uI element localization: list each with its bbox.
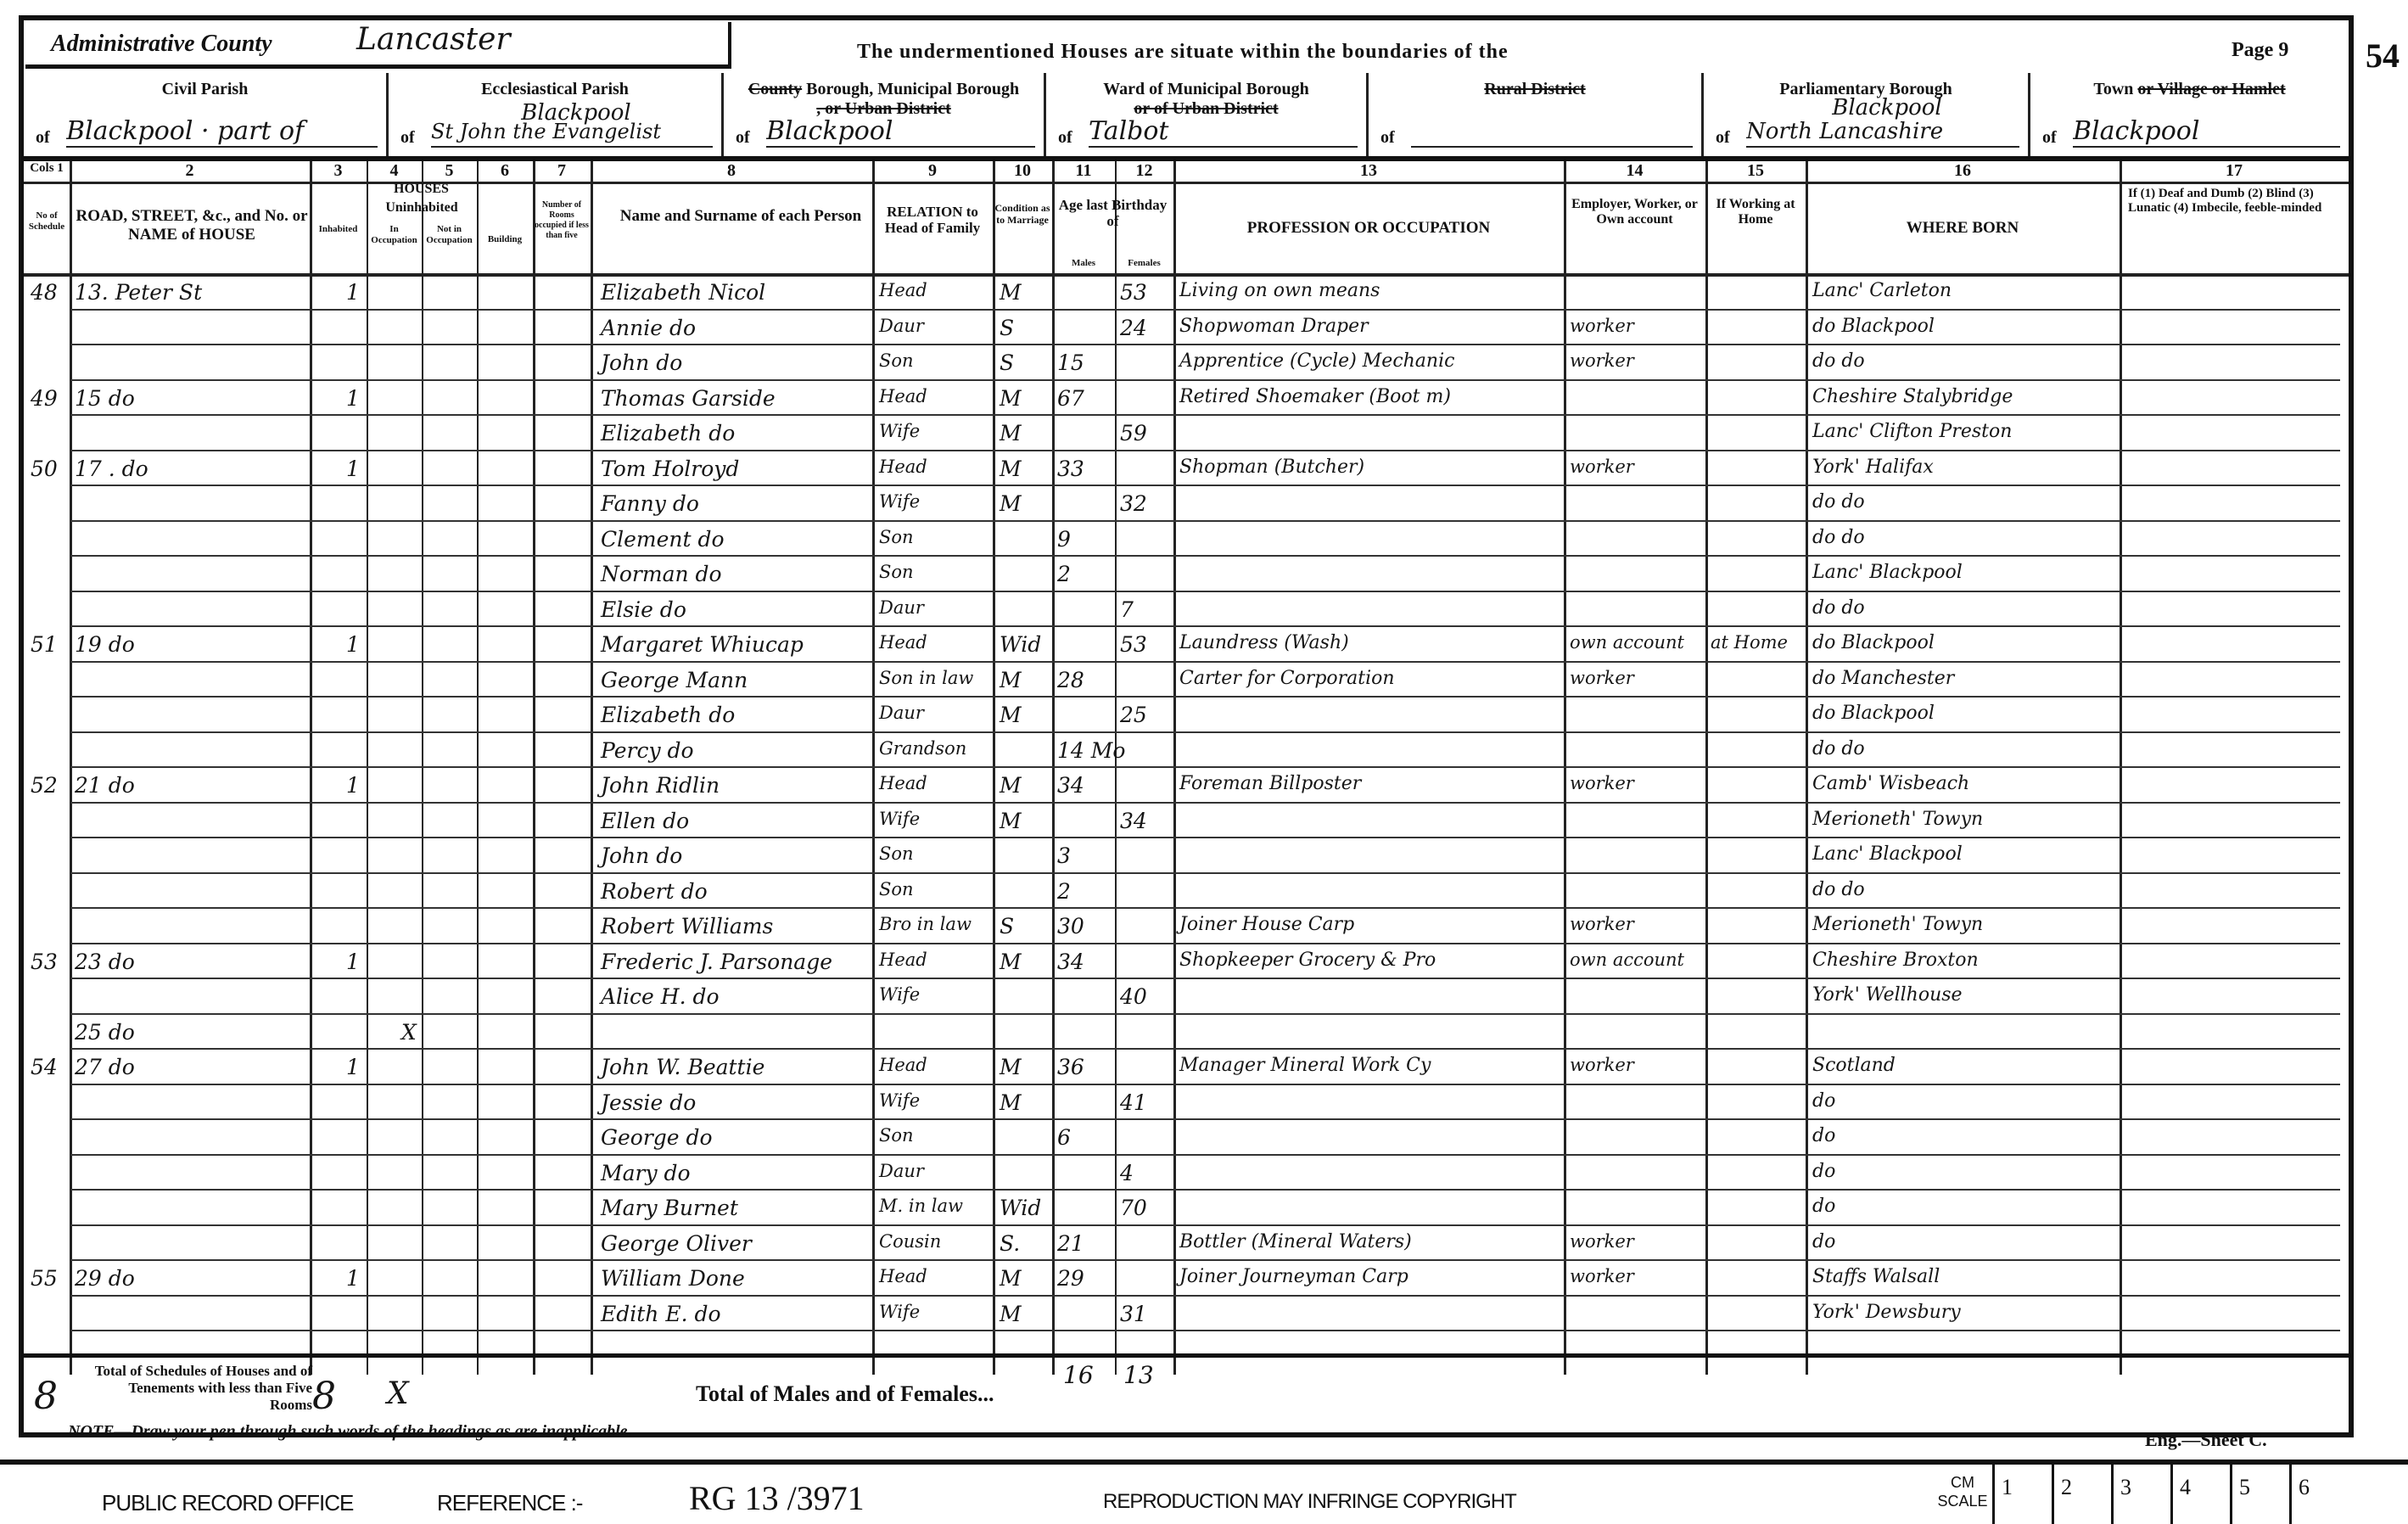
marital-condition: M bbox=[1000, 421, 1022, 445]
col-heading-condition: Condition as to Marriage bbox=[993, 202, 1052, 226]
of-label: of bbox=[1380, 128, 1395, 148]
person-name: Fanny do bbox=[601, 491, 699, 516]
relation: Head bbox=[879, 632, 927, 653]
male-age: 14 Mo bbox=[1057, 738, 1125, 763]
person-name: Alice H. do bbox=[601, 984, 720, 1009]
male-age: 30 bbox=[1057, 914, 1084, 938]
cm-scale-label: CM SCALE bbox=[1933, 1465, 1992, 1524]
address: 27 do bbox=[75, 1055, 135, 1079]
relation: Wife bbox=[879, 421, 920, 441]
census-entry-row: Alice H. doWife40York' Wellhouse bbox=[24, 979, 2349, 1015]
census-entry-row: Annie doDaurS24Shopwoman Draperworkerdo … bbox=[24, 311, 2349, 346]
address: 29 do bbox=[75, 1266, 135, 1291]
birthplace: do bbox=[1812, 1196, 1835, 1217]
occupation: Shopman (Butcher) bbox=[1179, 457, 1364, 478]
col-number: 6 bbox=[477, 161, 533, 181]
relation: Head bbox=[879, 386, 927, 406]
census-entry-row: 5221 do1John RidlinHeadM34Foreman Billpo… bbox=[24, 768, 2349, 804]
female-age: 70 bbox=[1120, 1196, 1147, 1220]
person-name: Robert Williams bbox=[601, 914, 773, 938]
scale-mark: 5 bbox=[2230, 1465, 2289, 1524]
ward-value: Talbot bbox=[1089, 117, 1358, 148]
person-name: Margaret Whiucap bbox=[601, 632, 804, 657]
ecclesiastical-parish-label: Ecclesiastical Parish bbox=[389, 80, 721, 99]
col-number: 13 bbox=[1173, 161, 1564, 181]
male-age: 28 bbox=[1057, 668, 1084, 692]
female-age: 4 bbox=[1120, 1161, 1134, 1185]
birthplace: do Blackpool bbox=[1812, 632, 1935, 653]
copyright-notice: REPRODUCTION MAY INFRINGE COPYRIGHT bbox=[1103, 1490, 1516, 1514]
marital-condition: Wid bbox=[1000, 632, 1041, 657]
birthplace: Lanc' Carleton bbox=[1812, 280, 1952, 301]
scale-mark: 3 bbox=[2111, 1465, 2170, 1524]
birthplace: Lanc' Blackpool bbox=[1812, 843, 1963, 865]
col-number: 10 bbox=[993, 161, 1052, 181]
marital-condition: M bbox=[1000, 457, 1022, 481]
male-age: 33 bbox=[1057, 457, 1084, 481]
employment-status: worker bbox=[1570, 457, 1634, 477]
borough-cell: County Borough, Municipal Borough, or Ur… bbox=[724, 73, 1046, 156]
marital-condition: M bbox=[1000, 950, 1022, 974]
of-label: of bbox=[736, 128, 750, 148]
birthplace: do bbox=[1812, 1161, 1835, 1182]
person-name: Percy do bbox=[601, 738, 694, 763]
census-entry-row: 5119 do1Margaret WhiucapHeadWid53Laundre… bbox=[24, 627, 2349, 663]
col-heading-address: ROAD, STREET, &c., and No. or NAME of HO… bbox=[73, 207, 311, 244]
census-entry-row: Elizabeth doDaurM25do Blackpool bbox=[24, 698, 2349, 733]
schedule-number: 50 bbox=[31, 457, 58, 481]
occupation: Shopkeeper Grocery & Pro bbox=[1179, 950, 1436, 971]
col-heading-infirmity: If (1) Deaf and Dumb (2) Blind (3) Lunat… bbox=[2128, 187, 2340, 216]
address: 19 do bbox=[75, 632, 135, 657]
marital-condition: M bbox=[1000, 1302, 1022, 1326]
col-number: 17 bbox=[2120, 161, 2349, 181]
birthplace: do bbox=[1812, 1231, 1835, 1252]
admin-county-value: Lancaster bbox=[356, 22, 511, 57]
census-entry-row: 5323 do1Frederic J. ParsonageHeadM34Shop… bbox=[24, 944, 2349, 980]
relation: Wife bbox=[879, 984, 920, 1005]
col-heading-building: Building bbox=[477, 233, 533, 247]
birthplace: do do bbox=[1812, 350, 1865, 372]
birthplace: Cheshire Broxton bbox=[1812, 950, 1979, 971]
of-label: of bbox=[400, 128, 415, 148]
col-heading-relation: RELATION to Head of Family bbox=[872, 204, 993, 236]
female-age: 31 bbox=[1120, 1302, 1147, 1326]
census-entry-row: John doSonS15Apprentice (Cycle) Mechanic… bbox=[24, 345, 2349, 381]
relation: Bro in law bbox=[879, 914, 972, 934]
relation: Head bbox=[879, 457, 927, 477]
marital-condition: M bbox=[1000, 809, 1022, 833]
relation: Daur bbox=[879, 597, 924, 618]
male-age: 34 bbox=[1057, 773, 1084, 798]
uninhabited-mark: X bbox=[401, 1020, 417, 1045]
cm-scale: CM SCALE 1 2 3 4 5 6 bbox=[1933, 1465, 2349, 1524]
person-name: Elizabeth do bbox=[601, 421, 735, 445]
marital-condition: Wid bbox=[1000, 1196, 1041, 1220]
schedule-number: 49 bbox=[31, 386, 58, 411]
census-entry-row: George MannSon in lawM28Carter for Corpo… bbox=[24, 663, 2349, 698]
town-label: Town or Village or Hamlet bbox=[2030, 80, 2349, 99]
civil-parish-cell: Civil Parish of Blackpool · part of bbox=[24, 73, 389, 156]
occupation: Carter for Corporation bbox=[1179, 668, 1395, 689]
census-entry-row: 5017 . do1Tom HolroydHeadM33Shopman (But… bbox=[24, 451, 2349, 487]
census-entry-row: Mary BurnetM. in lawWid70do bbox=[24, 1191, 2349, 1226]
male-age: 67 bbox=[1057, 386, 1084, 411]
schedule-number: 51 bbox=[31, 632, 58, 657]
census-entry-row: Robert doSon2do do bbox=[24, 874, 2349, 910]
person-name: Elsie do bbox=[601, 597, 686, 622]
marital-condition: S bbox=[1000, 350, 1014, 375]
census-entry-row: Ellen doWifeM34Merioneth' Towyn bbox=[24, 804, 2349, 839]
relation: Wife bbox=[879, 1302, 920, 1322]
sheet-number: 54 bbox=[2366, 36, 2400, 76]
male-age: 6 bbox=[1057, 1125, 1071, 1150]
relation: Daur bbox=[879, 1161, 924, 1181]
parliamentary-borough-cell: Parliamentary Borough Blackpool of North… bbox=[1704, 73, 2030, 156]
col-number: 15 bbox=[1705, 161, 1806, 181]
col-heading-uninhabited: Uninhabited bbox=[367, 200, 477, 215]
census-entry-row: 5427 do1John W. BeattieHeadM36Manager Mi… bbox=[24, 1050, 2349, 1085]
marital-condition: M bbox=[1000, 280, 1022, 305]
birthplace: do do bbox=[1812, 597, 1865, 619]
address: 13. Peter St bbox=[75, 280, 202, 305]
rural-district-label: Rural District bbox=[1369, 80, 1701, 99]
birthplace: York' Dewsbury bbox=[1812, 1302, 1961, 1323]
birthplace: York' Wellhouse bbox=[1812, 984, 1963, 1006]
person-name: Elizabeth Nicol bbox=[601, 280, 765, 305]
relation: Head bbox=[879, 1266, 927, 1286]
struck-word: or of Urban District bbox=[1134, 99, 1278, 118]
archive-office: PUBLIC RECORD OFFICE bbox=[102, 1490, 353, 1516]
male-age: 34 bbox=[1057, 950, 1084, 974]
marital-condition: M bbox=[1000, 491, 1022, 516]
person-name: Mary do bbox=[601, 1161, 691, 1185]
person-name: Edith E. do bbox=[601, 1302, 721, 1326]
census-entry-row: George doSon6do bbox=[24, 1120, 2349, 1156]
col-heading-rooms: Number of Rooms occupied if less than fi… bbox=[533, 200, 591, 241]
col-heading-females: Females bbox=[1115, 256, 1173, 271]
person-name: John do bbox=[601, 350, 682, 375]
person-name: George Oliver bbox=[601, 1231, 752, 1256]
marital-condition: M bbox=[1000, 1266, 1022, 1291]
of-label: of bbox=[1058, 128, 1072, 148]
census-entry-row: George OliverCousinS.21Bottler (Mineral … bbox=[24, 1226, 2349, 1262]
female-age: 40 bbox=[1120, 984, 1147, 1009]
marital-condition: M bbox=[1000, 1090, 1022, 1115]
town-value: Blackpool bbox=[2073, 117, 2340, 148]
birthplace: Cheshire Stalybridge bbox=[1812, 386, 2013, 407]
birthplace: do do bbox=[1812, 738, 1865, 759]
birthplace: do bbox=[1812, 1090, 1835, 1112]
ward-label: Ward of Municipal Boroughor of Urban Dis… bbox=[1046, 80, 1366, 119]
struck-word: , or Urban District bbox=[816, 99, 951, 118]
marital-condition: M bbox=[1000, 1055, 1022, 1079]
relation: Son bbox=[879, 843, 914, 864]
inhabited-mark: 1 bbox=[346, 1055, 360, 1079]
male-age: 2 bbox=[1057, 879, 1071, 904]
relation: Wife bbox=[879, 809, 920, 829]
birthplace: do Blackpool bbox=[1812, 316, 1935, 337]
col-heading-not-in-occupation: Not in Occupation bbox=[422, 224, 477, 246]
column-heading-row: No of Schedule ROAD, STREET, &c., and No… bbox=[24, 182, 2349, 277]
birthplace: Scotland bbox=[1812, 1055, 1896, 1076]
inhabited-mark: 1 bbox=[346, 280, 360, 305]
occupation: Retired Shoemaker (Boot m) bbox=[1179, 386, 1451, 407]
col-heading-schedule: No of Schedule bbox=[24, 210, 70, 233]
col-number: 5 bbox=[422, 161, 477, 181]
marital-condition: S bbox=[1000, 914, 1014, 938]
male-age: 9 bbox=[1057, 527, 1071, 552]
birthplace: Lanc' Blackpool bbox=[1812, 562, 1963, 583]
inhabited-mark: 1 bbox=[346, 773, 360, 798]
relation: Head bbox=[879, 1055, 927, 1075]
male-age: 2 bbox=[1057, 562, 1071, 586]
census-entry-row: 4813. Peter St1Elizabeth NicolHeadM53Liv… bbox=[24, 275, 2349, 311]
birthplace: York' Halifax bbox=[1812, 457, 1934, 478]
occupation: Bottler (Mineral Waters) bbox=[1179, 1231, 1412, 1252]
employment-status: own account bbox=[1570, 632, 1684, 653]
col-heading-in-occupation: In Occupation bbox=[367, 224, 422, 246]
census-entry-row: 4915 do1Thomas GarsideHeadM67Retired Sho… bbox=[24, 381, 2349, 417]
birthplace: do Blackpool bbox=[1812, 703, 1935, 724]
relation: Daur bbox=[879, 703, 924, 723]
totals-label: Total of Schedules of Houses and of Tene… bbox=[83, 1363, 312, 1414]
schedule-number: 52 bbox=[31, 773, 58, 798]
col-number: 8 bbox=[591, 161, 872, 181]
female-age: 59 bbox=[1120, 421, 1147, 445]
person-name: John Ridlin bbox=[601, 773, 720, 798]
female-age: 25 bbox=[1120, 703, 1147, 727]
person-name: Clement do bbox=[601, 527, 725, 552]
ward-cell: Ward of Municipal Boroughor of Urban Dis… bbox=[1046, 73, 1369, 156]
person-name: Norman do bbox=[601, 562, 722, 586]
person-name: William Done bbox=[601, 1266, 745, 1291]
relation: Son bbox=[879, 350, 914, 371]
civil-parish-value: Blackpool · part of bbox=[66, 117, 378, 148]
occupation: Living on own means bbox=[1179, 280, 1380, 301]
col-number: 11 bbox=[1052, 161, 1115, 181]
of-label: of bbox=[2042, 128, 2057, 148]
birthplace: Merioneth' Towyn bbox=[1812, 809, 1983, 830]
struck-word: Rural District bbox=[1484, 80, 1585, 98]
occupation: Manager Mineral Work Cy bbox=[1179, 1055, 1431, 1076]
relation: Son in law bbox=[879, 668, 973, 688]
total-females: 13 bbox=[1123, 1361, 1154, 1389]
total-males-females-label: Total of Males and of Females... bbox=[696, 1381, 994, 1407]
employment-status: own account bbox=[1570, 950, 1684, 970]
census-entry-row: 5529 do1William DoneHeadM29Joiner Journe… bbox=[24, 1261, 2349, 1297]
person-name: George do bbox=[601, 1125, 713, 1150]
female-age: 53 bbox=[1120, 280, 1147, 305]
birthplace: Staffs Walsall bbox=[1812, 1266, 1940, 1287]
occupation: Joiner Journeyman Carp bbox=[1179, 1266, 1408, 1287]
person-name: George Mann bbox=[601, 668, 748, 692]
census-entry-row: John doSon3Lanc' Blackpool bbox=[24, 838, 2349, 874]
total-males: 16 bbox=[1063, 1361, 1094, 1389]
col-number: 14 bbox=[1564, 161, 1705, 181]
employment-status: worker bbox=[1570, 1266, 1634, 1286]
boundary-heading: The undermentioned Houses are situate wi… bbox=[857, 41, 1509, 64]
col-heading-working-home: If Working at Home bbox=[1705, 197, 1806, 227]
struck-word: County bbox=[748, 80, 802, 98]
borough-value: Blackpool bbox=[766, 117, 1035, 148]
male-age: 29 bbox=[1057, 1266, 1084, 1291]
relation: Son bbox=[879, 562, 914, 582]
sheet-code: Eng.—Sheet C. bbox=[2145, 1429, 2267, 1451]
person-name: Thomas Garside bbox=[601, 386, 776, 411]
ecclesiastical-parish-cell: Ecclesiastical Parish Blackpool of St Jo… bbox=[389, 73, 724, 156]
total-uninhabited: X bbox=[387, 1376, 409, 1411]
ward-label-text: Ward of Municipal Borough bbox=[1103, 80, 1308, 98]
person-name: Tom Holroyd bbox=[601, 457, 739, 481]
marital-condition: M bbox=[1000, 386, 1022, 411]
relation: Cousin bbox=[879, 1231, 941, 1252]
inhabited-mark: 1 bbox=[346, 386, 360, 411]
birthplace: do Manchester bbox=[1812, 668, 1954, 689]
borough-label: County Borough, Municipal Borough, or Ur… bbox=[724, 80, 1044, 119]
relation: Son bbox=[879, 1125, 914, 1146]
column-number-row: Cols 1 2 3 4 5 6 7 8 9 10 11 12 13 14 15… bbox=[24, 161, 2349, 184]
parliamentary-borough-value: North Lancashire bbox=[1746, 117, 2019, 148]
col-number: 3 bbox=[310, 161, 367, 181]
total-schedules: 8 bbox=[34, 1375, 58, 1418]
employment-status: worker bbox=[1570, 1231, 1634, 1252]
occupation: Joiner House Carp bbox=[1179, 914, 1354, 935]
of-label: of bbox=[36, 128, 50, 148]
relation: Son bbox=[879, 527, 914, 547]
employment-status: worker bbox=[1570, 668, 1634, 688]
male-age: 36 bbox=[1057, 1055, 1084, 1079]
birthplace: do do bbox=[1812, 527, 1865, 548]
male-age: 21 bbox=[1057, 1231, 1084, 1256]
female-age: 41 bbox=[1120, 1090, 1147, 1115]
schedule-number: 53 bbox=[31, 950, 58, 974]
address: 15 do bbox=[75, 386, 135, 411]
col-heading-age: Age last Birthday of bbox=[1052, 197, 1173, 229]
person-name: Jessie do bbox=[601, 1090, 696, 1115]
person-name: Ellen do bbox=[601, 809, 689, 833]
birthplace: do bbox=[1812, 1125, 1835, 1146]
employment-status: worker bbox=[1570, 350, 1634, 371]
inhabited-mark: 1 bbox=[346, 632, 360, 657]
marital-condition: M bbox=[1000, 773, 1022, 798]
of-label: of bbox=[1716, 128, 1730, 148]
address: 25 do bbox=[75, 1020, 135, 1045]
person-name: Robert do bbox=[601, 879, 708, 904]
census-entry-row: Fanny doWifeM32do do bbox=[24, 486, 2349, 522]
col-heading-houses: HOUSES bbox=[310, 182, 533, 196]
col-heading-inhabited: Inhabited bbox=[310, 224, 367, 235]
person-name: John W. Beattie bbox=[601, 1055, 764, 1079]
census-entry-row: Mary doDaur4do bbox=[24, 1156, 2349, 1191]
col-number: Cols 1 bbox=[24, 161, 70, 176]
rural-district-cell: Rural District of bbox=[1369, 73, 1704, 156]
parish-row: Civil Parish of Blackpool · part of Eccl… bbox=[24, 73, 2349, 161]
total-inhabited: 8 bbox=[312, 1375, 336, 1418]
scale-mark: 1 bbox=[1992, 1465, 2052, 1524]
census-entry-row: Clement doSon9do do bbox=[24, 522, 2349, 557]
female-age: 24 bbox=[1120, 316, 1147, 340]
female-age: 32 bbox=[1120, 491, 1147, 516]
admin-county-box: Administrative County Lancaster bbox=[25, 22, 731, 69]
schedule-number: 54 bbox=[31, 1055, 58, 1079]
occupation: Foreman Billposter bbox=[1179, 773, 1361, 794]
person-name: Annie do bbox=[601, 316, 696, 340]
instruction-note: NOTE—Draw your pen through such words of… bbox=[68, 1422, 632, 1442]
person-name: John do bbox=[601, 843, 682, 868]
occupation: Apprentice (Cycle) Mechanic bbox=[1179, 350, 1454, 372]
relation: M. in law bbox=[879, 1196, 963, 1216]
inhabited-mark: 1 bbox=[346, 457, 360, 481]
census-entry-row: Percy doGrandson14 Modo do bbox=[24, 733, 2349, 769]
female-age: 53 bbox=[1120, 632, 1147, 657]
borough-label-text: Borough, Municipal Borough bbox=[806, 80, 1019, 98]
birthplace: Lanc' Clifton Preston bbox=[1812, 421, 2012, 442]
address: 23 do bbox=[75, 950, 135, 974]
relation: Son bbox=[879, 879, 914, 899]
col-number: 2 bbox=[70, 161, 310, 181]
marital-condition: S. bbox=[1000, 1231, 1020, 1256]
female-age: 7 bbox=[1120, 597, 1134, 622]
relation: Head bbox=[879, 950, 927, 970]
birthplace: do do bbox=[1812, 491, 1865, 513]
relation: Wife bbox=[879, 1090, 920, 1111]
census-entry-row: Jessie doWifeM41do bbox=[24, 1085, 2349, 1121]
male-age: 3 bbox=[1057, 843, 1071, 868]
struck-word: or Village or Hamlet bbox=[2137, 80, 2285, 98]
col-number: 12 bbox=[1115, 161, 1173, 181]
relation: Wife bbox=[879, 491, 920, 512]
person-name: Frederic J. Parsonage bbox=[601, 950, 832, 974]
male-age: 15 bbox=[1057, 350, 1084, 375]
town-label-text: Town bbox=[2093, 80, 2133, 98]
person-name: Elizabeth do bbox=[601, 703, 735, 727]
birthplace: Camb' Wisbeach bbox=[1812, 773, 1969, 794]
birthplace: Merioneth' Towyn bbox=[1812, 914, 1983, 935]
census-entry-row: 25 doX bbox=[24, 1015, 2349, 1051]
reference-label: REFERENCE :- bbox=[437, 1490, 582, 1516]
relation: Head bbox=[879, 773, 927, 793]
schedule-number: 48 bbox=[31, 280, 58, 305]
col-heading-males: Males bbox=[1052, 256, 1115, 271]
col-heading-where-born: WHERE BORN bbox=[1806, 219, 2120, 238]
birthplace: do do bbox=[1812, 879, 1865, 900]
census-entry-row: Elizabeth doWifeM59Lanc' Clifton Preston bbox=[24, 416, 2349, 451]
scale-mark: 4 bbox=[2170, 1465, 2230, 1524]
occupation: Laundress (Wash) bbox=[1179, 632, 1349, 653]
marital-condition: M bbox=[1000, 668, 1022, 692]
admin-county-label: Administrative County bbox=[51, 31, 272, 58]
schedule-number: 55 bbox=[31, 1266, 58, 1291]
relation: Grandson bbox=[879, 738, 966, 759]
page-number: Page 9 bbox=[2232, 39, 2288, 62]
civil-parish-label: Civil Parish bbox=[24, 80, 386, 99]
relation: Head bbox=[879, 280, 927, 300]
col-heading-employer: Employer, Worker, or Own account bbox=[1564, 197, 1705, 227]
employment-status: worker bbox=[1570, 1055, 1634, 1075]
town-cell: Town or Village or Hamlet of Blackpool bbox=[2030, 73, 2349, 156]
census-entry-row: Edith E. doWifeM31York' Dewsbury bbox=[24, 1297, 2349, 1332]
female-age: 34 bbox=[1120, 809, 1147, 833]
census-entry-row: Elsie doDaur7do do bbox=[24, 592, 2349, 628]
col-number: 7 bbox=[533, 161, 591, 181]
reference-value: RG 13 /3971 bbox=[689, 1478, 865, 1518]
occupation: Shopwoman Draper bbox=[1179, 316, 1369, 337]
census-entry-row: Robert WilliamsBro in lawS30Joiner House… bbox=[24, 909, 2349, 944]
marital-condition: S bbox=[1000, 316, 1014, 340]
inhabited-mark: 1 bbox=[346, 1266, 360, 1291]
employment-status: worker bbox=[1570, 773, 1634, 793]
